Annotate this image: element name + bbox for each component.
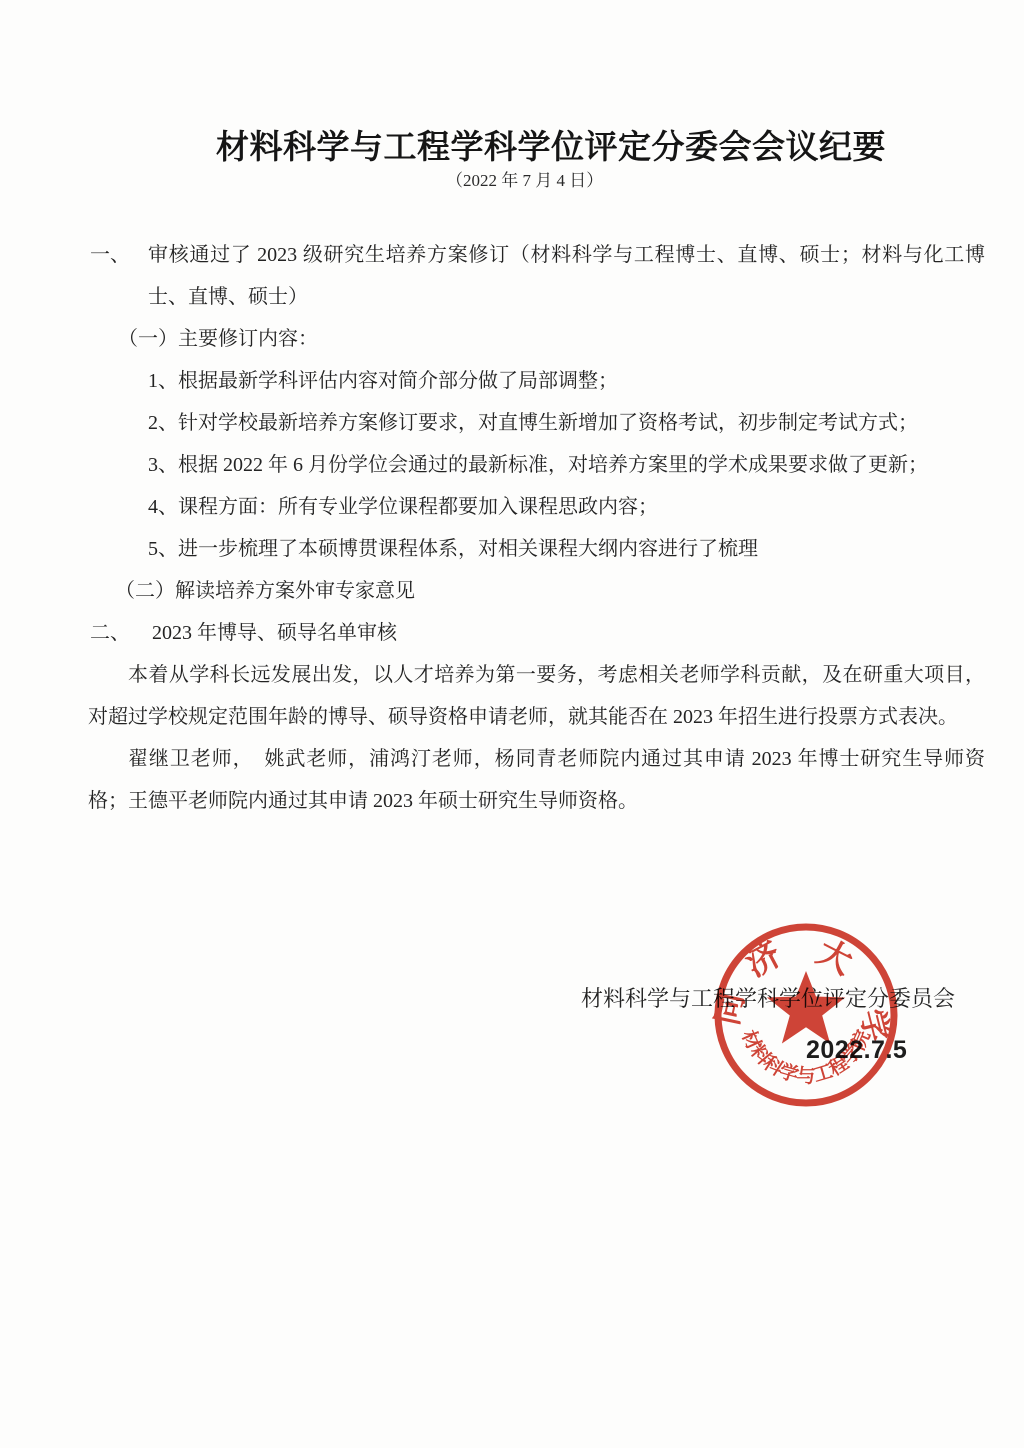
section-1-subhead-2: （二）解读培养方案外审专家意见	[88, 570, 985, 612]
revision-item-2: 2、针对学校最新培养方案修订要求，对直博生新增加了资格考试，初步制定考试方式；	[88, 402, 985, 444]
revision-item-4: 4、课程方面：所有专业学位课程都要加入课程思政内容；	[88, 486, 985, 528]
seal-univ-char-tong: 同	[710, 989, 750, 1028]
seal-college-arc-text: 材料科学与工程学院	[737, 1027, 875, 1087]
section-2-paragraph-2: 翟继卫老师， 姚武老师，浦鸿汀老师，杨同青老师院内通过其申请 2023 年博士研…	[88, 738, 985, 822]
section-2-paragraph-1: 本着从学科长远发展出发，以人才培养为第一要务，考虑相关老师学科贡献，及在研重大项…	[88, 654, 985, 738]
seal-univ-char-ji: 济	[739, 935, 787, 985]
seal-graphic: 同 济 大 学 材料科学与工程学院	[710, 919, 902, 1111]
document-title: 材料科学与工程学科学位评定分委会会议纪要	[216, 127, 886, 167]
revision-item-1: 1、根据最新学科评估内容对简介部分做了局部调整；	[88, 360, 985, 402]
document-date-line: （2022 年 7 月 4 日）	[446, 169, 603, 193]
section-2-heading: 2023 年博导、硕导名单审核	[152, 612, 985, 654]
section-1: 一、 审核通过了 2023 级研究生培养方案修订（材料科学与工程博士、直博、硕士…	[88, 234, 985, 318]
seal-star-icon	[767, 971, 845, 1044]
section-1-subhead-1: （一）主要修订内容：	[88, 318, 985, 360]
revision-item-3: 3、根据 2022 年 6 月份学位会通过的最新标准，对培养方案里的学术成果要求…	[88, 444, 985, 486]
document-page: 材料科学与工程学科学位评定分委会会议纪要 （2022 年 7 月 4 日） 一、…	[0, 0, 1024, 1448]
official-seal-stamp: 同 济 大 学 材料科学与工程学院	[710, 919, 902, 1111]
revision-item-5: 5、进一步梳理了本硕博贯课程体系，对相关课程大纲内容进行了梳理	[88, 528, 985, 570]
section-2-label: 二、	[88, 612, 152, 654]
document-body: 一、 审核通过了 2023 级研究生培养方案修订（材料科学与工程博士、直博、硕士…	[88, 234, 985, 822]
section-2: 二、 2023 年博导、硕导名单审核	[88, 612, 985, 654]
section-1-label: 一、	[88, 234, 148, 276]
section-1-heading: 审核通过了 2023 级研究生培养方案修订（材料科学与工程博士、直博、硕士；材料…	[148, 234, 985, 318]
